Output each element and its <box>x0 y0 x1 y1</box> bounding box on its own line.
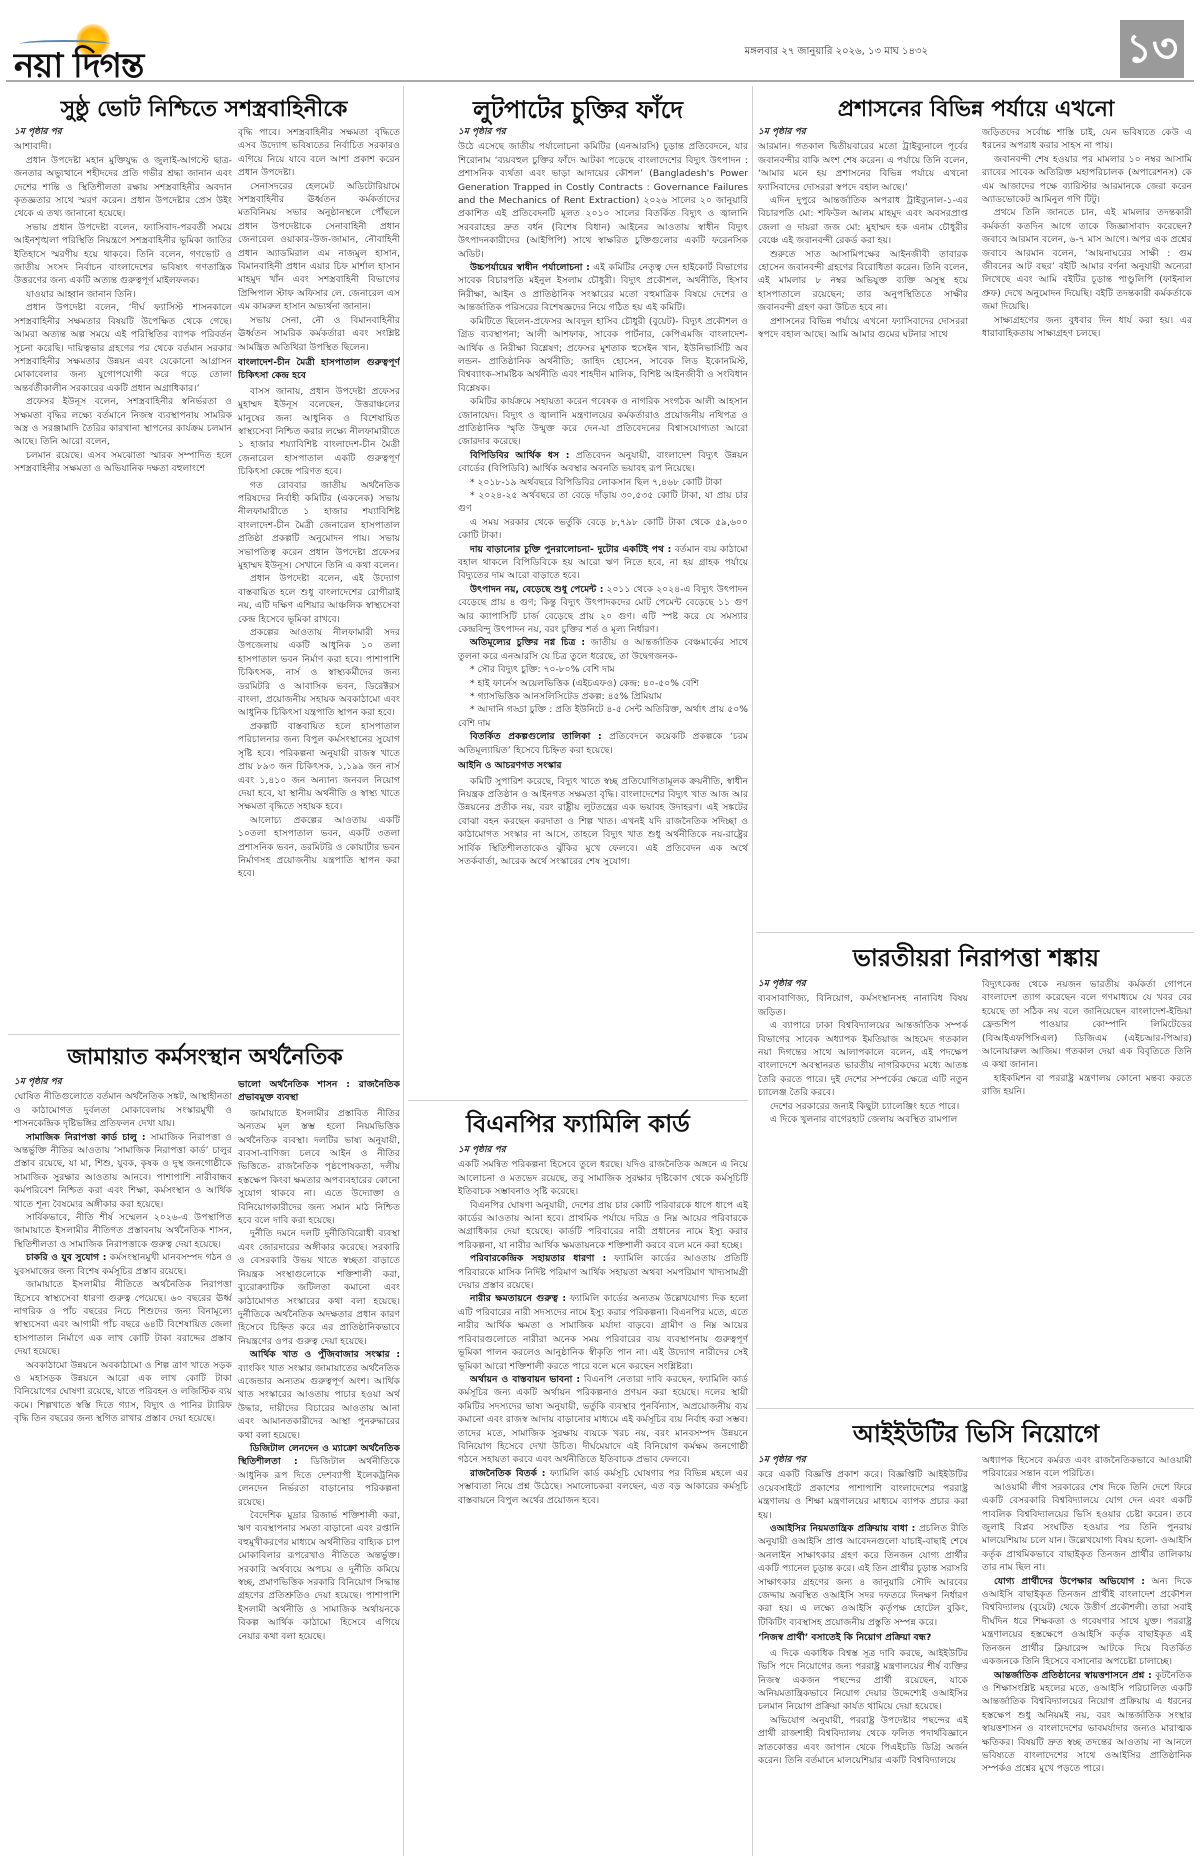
continued-label: ১ম পৃষ্ঠার পর <box>458 1144 748 1157</box>
continued-label: ১ম পৃষ্ঠার পর <box>758 1454 968 1467</box>
subheading: ‘নিজস্ব প্রার্থী’ বসাতেই কি নিয়োগ প্রক্… <box>758 1631 968 1644</box>
section-paragraph: চাকরি ও যুব সুযোগ : কর্মসংস্থানমুখী মানব… <box>14 1251 232 1278</box>
page-number: ১৩ <box>1120 20 1184 78</box>
paragraph: বৃদ্ধি পাবে। সশস্ত্রবাহিনীর সক্ষমতা বৃদ্… <box>238 126 400 180</box>
paragraph: আরমান। গতকাল দ্বিতীয়বারের মতো ট্রাইব্যু… <box>758 140 968 194</box>
paragraph: এ ব্যাপারে ঢাকা বিশ্ববিদ্যালয়ের আন্তর্জ… <box>758 1019 968 1099</box>
section-paragraph: অবকাঠামো উন্নয়নে অবকাঠামো ও শিল্প ত্রাণ… <box>14 1359 232 1426</box>
story-column: ১ম পৃষ্ঠার পর উঠে এসেছে জাতীয় পর্যালোচন… <box>458 126 748 1096</box>
column-divider <box>752 86 753 1856</box>
paragraph: প্রধান উপদেষ্টা বলেন, এই উদ্যোগ বাস্তবায… <box>238 572 400 626</box>
section-paragraph: পরিবারকেন্দ্রিক সহায়তার ধারণা : ফ্যামিল… <box>458 1252 748 1292</box>
headline[interactable]: ভারতীয়রা নিরাপত্তা শঙ্কায় <box>756 940 1196 980</box>
continued-label: ১ম পৃষ্ঠার পর <box>14 1076 232 1089</box>
paragraph: প্রফেসর ইউনূস বলেন, সশস্ত্রবাহিনীর স্বনি… <box>14 395 232 449</box>
section-paragraph: সার্বিকভাবে, নীতি শীর্ষ সম্মেলন ২০২৬-এ উ… <box>14 1211 232 1251</box>
section-paragraph: নারীর ক্ষমতায়নে গুরুত্ব : ফ্যামিলি কার্… <box>458 1292 748 1372</box>
story-column: ১ম পৃষ্ঠার পর ব্যবসাবাণিজ্য, বিনিয়োগ, ক… <box>758 978 968 1398</box>
story-column: অধ্যাপক হিসেবে কর্মরত এবং রাজনৈতিকভাবে আ… <box>982 1454 1192 1854</box>
headline[interactable]: প্রশাসনের বিভিন্ন পর্যায়ে এখনো <box>756 92 1196 129</box>
section-paragraph: আন্তর্জাতিক প্রতিষ্ঠানের স্বায়ত্তশাসনে … <box>982 1669 1192 1776</box>
section-paragraph: সামাজিক নিরাপত্তা কার্ড চালু : সামাজিক ন… <box>14 1131 232 1211</box>
section-divider <box>8 1034 400 1035</box>
section-paragraph: বৈদেশিক মুদ্রার রিজার্ভ শক্তিশালী করা, ঋ… <box>238 1509 400 1643</box>
logo-text: নয়া দিগন্ত <box>14 40 143 97</box>
subheading: আইনি ও আচরণগত সংস্কার <box>458 759 748 772</box>
headline[interactable]: বিএনপির ফ্যামিলি কার্ড <box>406 1106 750 1146</box>
paragraph: জবানবন্দী শেষ হওয়ার পর মামলার ১০ নম্বর … <box>982 153 1192 207</box>
bullet-item: * সৌর বিদ্যুৎ চুক্তি: ৭০-৮০% বেশি দাম <box>458 663 748 676</box>
paragraph: এদিন দুপুরে আন্তর্জাতিক অপরাধ ট্রাইব্যুন… <box>758 194 968 248</box>
dateline: মঙ্গলবার ২৭ জানুয়ারি ২০২৬, ১৩ মাঘ ১৪৩২ <box>745 44 928 61</box>
section-paragraph: আর্থিক খাত ও পুঁজিবাজার সংস্কার : ব্যাংক… <box>238 1348 400 1442</box>
section-paragraph: রাজনৈতিক বিতর্ক : ফ্যামিলি কার্ড কর্মসূচ… <box>458 1467 748 1507</box>
bullet-item: * গ্যাসভিত্তিক আনসলিসিটেড প্রকল্প: ৪৫% প… <box>458 690 748 703</box>
paragraph: শুরুতে সাত আসামিপক্ষের আইনজীবী তাবারক হো… <box>758 248 968 315</box>
section-paragraph: অভিযোগ অনুযায়ী, পররাষ্ট্র উপদেষ্টার পছন… <box>758 1714 968 1768</box>
section-paragraph: আওয়ামী লীগ সরকারের শেষ দিকে তিনি দেশে ফ… <box>982 1481 1192 1575</box>
paragraph: যাওয়ার আহ্বান জানান তিনি। <box>14 288 232 301</box>
section-paragraph: কমিটি সুপারিশ করেছে, বিদ্যুৎ খাতে স্বচ্ছ… <box>458 775 748 869</box>
paragraph: ঘোষিত নীতিগুলোতে বর্তমান অর্থনৈতিক সঙ্কট… <box>14 1090 232 1130</box>
paragraph: প্রথমে তিনি জানতে চান, এই মামলার তদন্তকা… <box>982 206 1192 313</box>
section-paragraph: দায় বাড়ানোর চুক্তি পুনরালোচনা- দুটোর এ… <box>458 543 748 583</box>
paragraph: দেশের সরকারের জন্যই কিছুটা চ্যালেঞ্জিং হ… <box>758 1100 968 1113</box>
bullet-item: * ২০১৮-১৯ অর্থবছরে বিপিডিবির লোকসান ছিল … <box>458 476 748 489</box>
masthead: নয়া দিগন্ত মঙ্গলবার ২৭ জানুয়ারি ২০২৬, … <box>0 0 1200 78</box>
section-paragraph: দুর্নীতি দমনে দলটি দুর্নীতিবিরোধী ব্যবস্… <box>238 1227 400 1348</box>
paragraph: বাসস জানায়, প্রধান উপদেষ্টা প্রফেসর মুহ… <box>238 385 400 479</box>
section-divider <box>756 932 1194 933</box>
paragraph: সভায় প্রধান উপদেষ্টা বলেন, ফ্যাসিবাদ-পর… <box>14 221 232 288</box>
story-column: ১ম পৃষ্ঠার পর ঘোষিত নীতিগুলোতে বর্তমান অ… <box>14 1076 232 1856</box>
story-column: জড়িতদের সর্বোচ্চ শাস্তি চাই, যেন ভবিষ্য… <box>982 126 1192 926</box>
paragraph: ব্যবসাবাণিজ্য, বিনিয়োগ, কর্মসংস্থানসহ ন… <box>758 992 968 1019</box>
section-paragraph: জামায়াতে ইসলামীর নীতিতে অর্থনৈতিক নিরাপ… <box>14 1278 232 1358</box>
section-paragraph: এ দিকে একাধিক বিশ্বস্ত সূত্র দাবি করছে, … <box>758 1647 968 1714</box>
section-paragraph: কমিটির কার্যক্রমে সহায়তা করেন গবেষক ও ন… <box>458 395 748 449</box>
bullet-item: * হাই ফার্নেস অয়েলভিত্তিক (এইচএফও) কেন্… <box>458 677 748 690</box>
paragraph: বিএনপির ঘোষণা অনুযায়ী, দেশের প্রায় চার… <box>458 1199 748 1253</box>
paragraph: একটি সমন্বিত পরিকল্পনা হিসেবে তুলে ধরছে।… <box>458 1158 748 1198</box>
continued-label: ১ম পৃষ্ঠার পর <box>758 126 968 139</box>
newspaper-logo[interactable]: নয়া দিগন্ত <box>14 22 204 78</box>
paragraph: প্রধান উপদেষ্টা মহান মুক্তিযুদ্ধ ও জুলাই… <box>14 154 232 221</box>
section-paragraph: অর্থায়ন ও বাস্তবায়ন ভাবনা : বিএনপি নেত… <box>458 1373 748 1467</box>
paragraph: জড়িতদের সর্বোচ্চ শাস্তি চাই, যেন ভবিষ্য… <box>982 126 1192 153</box>
section-paragraph: বিতর্কিত প্রকল্পগুলোর তালিকা : প্রতিবেদন… <box>458 730 748 757</box>
headline[interactable]: সুষ্ঠু ভোট নিশ্চিতে সশস্ত্রবাহিনীকে <box>18 92 390 129</box>
story-column: ১ম পৃষ্ঠার পর আরমান। গতকাল দ্বিতীয়বারের… <box>758 126 968 926</box>
paragraph: এ দিকে খুলনার বাগেরহাট জেলায় অবস্থিত রা… <box>758 1113 968 1126</box>
section-paragraph: জামায়াতে ইসলামীর প্রস্তাবিত নীতির অন্যত… <box>238 1107 400 1228</box>
continued-label: ১ম পৃষ্ঠার পর <box>758 978 968 991</box>
subheading: ভালো অর্থনৈতিক শাসন : রাজনৈতিক প্রভাবমুক… <box>238 1078 400 1105</box>
headline[interactable]: জামায়াত কর্মসংস্থান অর্থনৈতিক <box>10 1040 400 1077</box>
story-column: ১ম পৃষ্ঠার পর একটি সমন্বিত পরিকল্পনা হিস… <box>458 1144 748 1856</box>
story-column: ভালো অর্থনৈতিক শাসন : রাজনৈতিক প্রভাবমুক… <box>238 1076 400 1856</box>
story-column: বৃদ্ধি পাবে। সশস্ত্রবাহিনীর সক্ষমতা বৃদ্… <box>238 126 400 1026</box>
paragraph: প্রকল্পটি বাস্তবায়িত হলে হাসপাতাল পরিচা… <box>238 720 400 814</box>
section-paragraph: ডিজিটাল লেনদেন ও ম্যাক্রো অর্থনৈতিক স্থি… <box>238 1442 400 1509</box>
bullet-item: * আদানি গড্ডা চুক্তি : প্রতি ইউনিটে ৪-৫ … <box>458 703 748 730</box>
section-paragraph: উচ্চপর্যায়ের স্বাধীন পর্যালোচনা : এই কম… <box>458 261 748 315</box>
story-column: বিদ্যুৎকেন্দ্র থেকে নয়জন ভারতীয় কর্মকর… <box>982 978 1192 1398</box>
section-paragraph: উৎপাদন নয়, বেড়েছে শুধু পেমেন্ট : ২০১১ … <box>458 583 748 637</box>
section-divider <box>408 1100 748 1101</box>
paragraph: আশাবাদী। <box>14 140 232 153</box>
subheading: বাংলাদেশ-চীন মৈত্রী হাসপাতাল গুরুত্বপূর্… <box>238 356 400 383</box>
bullet-item: * ২০২৪-২৫ অর্থবছরে তা বেড়ে দাঁড়ায় ৩০,… <box>458 489 748 516</box>
paragraph: সভায় সেনা, নৌ ও বিমানবাহিনীর ঊর্ধ্বতন স… <box>238 314 400 354</box>
paragraph: সাক্ষ্যগ্রহণের জন্য বুধবার দিন ধার্য করা… <box>982 314 1192 341</box>
section-paragraph: যোগ্য প্রার্থীদের উপেক্ষার অভিযোগ : অন্য… <box>982 1575 1192 1669</box>
masthead-divider <box>6 80 1194 82</box>
paragraph: প্রকল্পের আওতায় নীলফামারী সদর উপজেলায় … <box>238 626 400 720</box>
section-divider <box>756 1408 1194 1409</box>
paragraph: বিদ্যুৎকেন্দ্র থেকে নয়জন ভারতীয় কর্মকর… <box>982 978 1192 1072</box>
story-column: ১ম পৃষ্ঠার পর আশাবাদী। প্রধান উপদেষ্টা ম… <box>14 126 232 1026</box>
headline[interactable]: আইইউটির ভিসি নিয়োগে <box>756 1416 1196 1456</box>
section-paragraph: অধ্যাপক হিসেবে কর্মরত এবং রাজনৈতিকভাবে আ… <box>982 1454 1192 1481</box>
section-paragraph: বিপিডিবির আর্থিক ধস : প্রতিবেদন অনুযায়ী… <box>458 449 748 476</box>
paragraph: গত রোববার জাতীয় অর্থনৈতিক পরিষদের নির্ব… <box>238 479 400 573</box>
section-paragraph: ওআইসির নিয়মতান্ত্রিক প্রক্রিয়ায় বাধা … <box>758 1522 968 1629</box>
paragraph: সেনাসদরের হেলমেট অডিটোরিয়ামে সশস্ত্রবাহ… <box>238 180 400 314</box>
paragraph: প্রশাসনের বিভিন্ন পর্যায়ে এখনো ফ্যাসিবা… <box>758 315 968 342</box>
paragraph: উঠে এসেছে জাতীয় পর্যালোচনা কমিটির (এনআর… <box>458 140 748 261</box>
paragraph: করে একটি বিজ্ঞপ্তি প্রকাশ করে। বিজ্ঞপ্তি… <box>758 1468 968 1522</box>
section-paragraph: অতিমূল্যের চুক্তির নগ্ন চিত্র : জাতীয় ও… <box>458 636 748 663</box>
continued-label: ১ম পৃষ্ঠার পর <box>14 126 232 139</box>
story-column: ১ম পৃষ্ঠার পর করে একটি বিজ্ঞপ্তি প্রকাশ … <box>758 1454 968 1854</box>
paragraph: প্রধান উপদেষ্টা বলেন, ‘দীর্ঘ ফ্যাসিস্ট শ… <box>14 301 232 395</box>
section-paragraph: এ সময় সরকার থেকে ভর্তুকি বেড়ে ৮,৭৯৮ কো… <box>458 516 748 543</box>
paragraph: আলোচ্য প্রকল্পের আওতায় একটি ১০তলা হাসপা… <box>238 814 400 881</box>
column-divider <box>403 86 404 1856</box>
paragraph: চলমান রয়েছে। এসব সমঝোতা স্মারক সম্পাদিত… <box>14 449 232 476</box>
section-paragraph: কমিটিতে ছিলেন-প্রফেসর আবদুল হাসিব চৌধুরী… <box>458 315 748 395</box>
continued-label: ১ম পৃষ্ঠার পর <box>458 126 748 139</box>
paragraph: হাইকমিশন বা পররাষ্ট্র মন্ত্রণালয় কোনো ম… <box>982 1072 1192 1099</box>
